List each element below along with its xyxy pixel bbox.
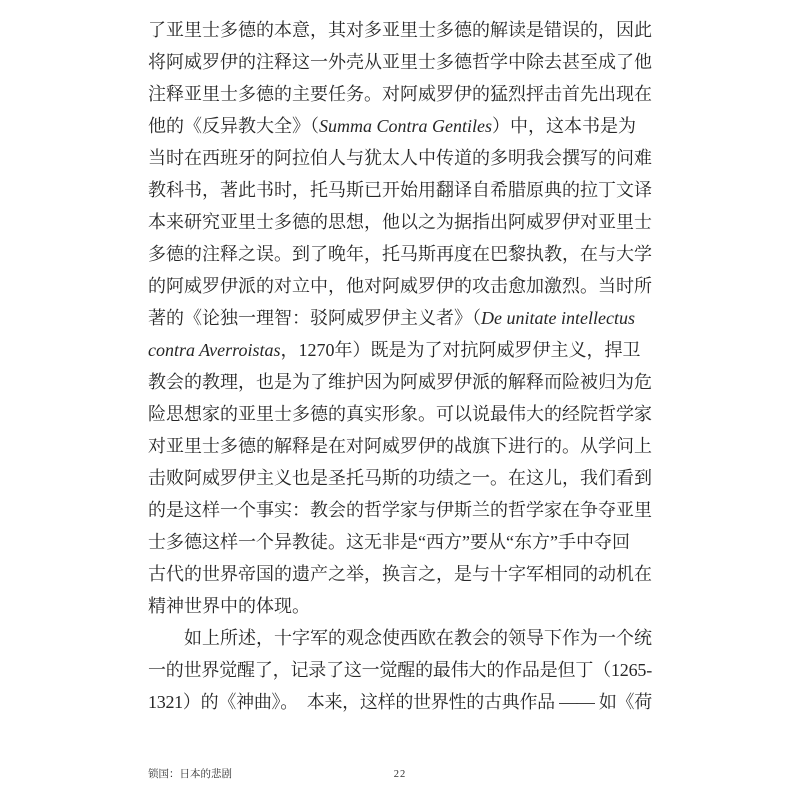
text-line: 本来研究亚里士多德的思想，他以之为据指出阿威罗伊对亚里士 xyxy=(148,206,652,238)
text-line: 如上所述，十字军的观念使西欧在教会的领导下作为一个统 xyxy=(148,622,652,654)
text-run: 教科书，著此书时，托马斯已开始用翻译自希腊原典的拉丁文译 xyxy=(148,180,652,200)
text-run: 对亚里士多德的解释是在对阿威罗伊的战旗下进行的。从学问上 xyxy=(148,436,652,456)
text-run: 精神世界中的体现。 xyxy=(148,596,310,616)
text-run: 注释亚里士多德的主要任务。对阿威罗伊的猛烈抨击首先出现在 xyxy=(148,84,652,104)
text-line: 精神世界中的体现。 xyxy=(148,590,652,622)
text-run: 1321）的《神曲》。 本来，这样的世界性的古典作品 —— 如《荷 xyxy=(148,692,652,712)
text-line: 了亚里士多德的本意，其对多亚里士多德的解读是错误的，因此 xyxy=(148,14,652,46)
text-run: 将阿威罗伊的注释这一外壳从亚里士多德哲学中除去甚至成了他 xyxy=(148,52,652,72)
latin-italic-run: Summa Contra Gentiles xyxy=(319,116,492,136)
text-run: 一的世界觉醒了，记录了这一觉醒的最伟大的作品是但丁（1265- xyxy=(148,660,652,680)
text-line: 教会的教理，也是为了维护因为阿威罗伊派的解释而险被归为危 xyxy=(148,366,652,398)
text-line: 1321）的《神曲》。 本来，这样的世界性的古典作品 —— 如《荷 xyxy=(148,686,652,718)
text-line: 的是这样一个事实：教会的哲学家与伊斯兰的哲学家在争夺亚里 xyxy=(148,494,652,526)
text-run: 著的《论独一理智：驳阿威罗伊主义者》（ xyxy=(148,308,481,328)
footer-page-number: 22 xyxy=(148,766,652,784)
text-line: 注释亚里士多德的主要任务。对阿威罗伊的猛烈抨击首先出现在 xyxy=(148,78,652,110)
text-line: 当时在西班牙的阿拉伯人与犹太人中传道的多明我会撰写的问难 xyxy=(148,142,652,174)
text-line: 士多德这样一个异教徒。这无非是“西方”要从“东方”手中夺回 xyxy=(148,526,652,558)
text-run: 了亚里士多德的本意，其对多亚里士多德的解读是错误的，因此 xyxy=(148,20,652,40)
text-line: contra Averroistas，1270年）既是为了对抗阿威罗伊主义，捍卫 xyxy=(148,334,652,366)
text-block: 了亚里士多德的本意，其对多亚里士多德的解读是错误的，因此将阿威罗伊的注释这一外壳… xyxy=(148,14,652,718)
text-run: 的阿威罗伊派的对立中，他对阿威罗伊的攻击愈加激烈。当时所 xyxy=(148,276,652,296)
text-run: 如上所述，十字军的观念使西欧在教会的领导下作为一个统 xyxy=(148,628,652,648)
book-page: 了亚里士多德的本意，其对多亚里士多德的解读是错误的，因此将阿威罗伊的注释这一外壳… xyxy=(0,0,800,800)
text-run: 本来研究亚里士多德的思想，他以之为据指出阿威罗伊对亚里士 xyxy=(148,212,652,232)
text-run: ）中，这本书是为 xyxy=(492,116,636,136)
text-line: 古代的世界帝国的遗产之举，换言之，是与十字军相同的动机在 xyxy=(148,558,652,590)
text-run: 士多德这样一个异教徒。这无非是“西方”要从“东方”手中夺回 xyxy=(148,532,630,552)
text-line: 著的《论独一理智：驳阿威罗伊主义者》（De unitate intellectu… xyxy=(148,302,652,334)
text-run: 教会的教理，也是为了维护因为阿威罗伊派的解释而险被归为危 xyxy=(148,372,652,392)
text-run: 击败阿威罗伊主义也是圣托马斯的功绩之一。在这儿，我们看到 xyxy=(148,468,652,488)
text-run: 古代的世界帝国的遗产之举，换言之，是与十字军相同的动机在 xyxy=(148,564,652,584)
text-line: 他的《反异教大全》（Summa Contra Gentiles）中，这本书是为 xyxy=(148,110,652,142)
text-run: 他的《反异教大全》（ xyxy=(148,116,319,136)
text-line: 将阿威罗伊的注释这一外壳从亚里士多德哲学中除去甚至成了他 xyxy=(148,46,652,78)
page-footer: 锁国：日本的悲剧 22 xyxy=(148,766,652,784)
text-run: 的是这样一个事实：教会的哲学家与伊斯兰的哲学家在争夺亚里 xyxy=(148,500,652,520)
text-line: 险思想家的亚里士多德的真实形象。可以说最伟大的经院哲学家 xyxy=(148,398,652,430)
text-run: ，1270年）既是为了对抗阿威罗伊主义，捍卫 xyxy=(281,340,641,360)
text-line: 多德的注释之误。到了晚年，托马斯再度在巴黎执教，在与大学 xyxy=(148,238,652,270)
text-line: 的阿威罗伊派的对立中，他对阿威罗伊的攻击愈加激烈。当时所 xyxy=(148,270,652,302)
text-run: 当时在西班牙的阿拉伯人与犹太人中传道的多明我会撰写的问难 xyxy=(148,148,652,168)
text-run: 险思想家的亚里士多德的真实形象。可以说最伟大的经院哲学家 xyxy=(148,404,652,424)
latin-italic-run: De unitate intellectus xyxy=(481,308,635,328)
text-line: 对亚里士多德的解释是在对阿威罗伊的战旗下进行的。从学问上 xyxy=(148,430,652,462)
text-line: 击败阿威罗伊主义也是圣托马斯的功绩之一。在这儿，我们看到 xyxy=(148,462,652,494)
text-run: 多德的注释之误。到了晚年，托马斯再度在巴黎执教，在与大学 xyxy=(148,244,652,264)
latin-italic-run: contra Averroistas xyxy=(148,340,281,360)
text-line: 一的世界觉醒了，记录了这一觉醒的最伟大的作品是但丁（1265- xyxy=(148,654,652,686)
text-line: 教科书，著此书时，托马斯已开始用翻译自希腊原典的拉丁文译 xyxy=(148,174,652,206)
